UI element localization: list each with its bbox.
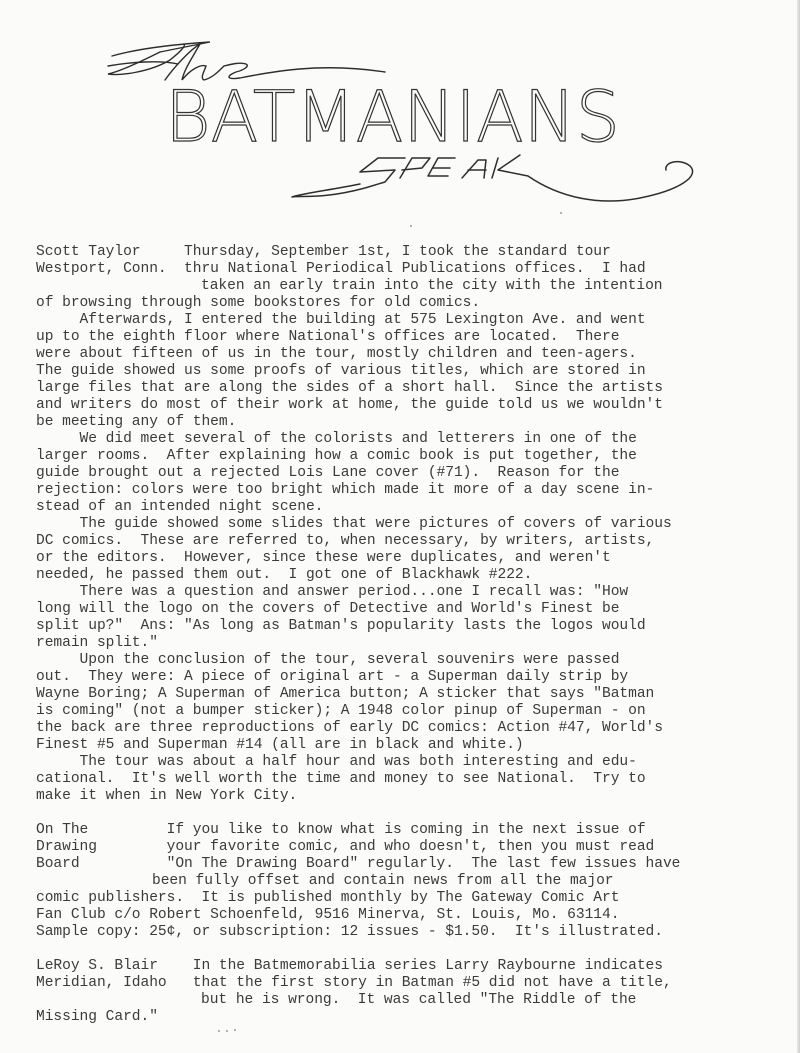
text-line: comic publishers. It is published monthl… [36,890,619,907]
text-line: larger rooms. After explaining how a com… [36,448,637,465]
text-line: Fan Club c/o Robert Schoenfeld, 9516 Min… [36,907,619,924]
masthead-speak [292,155,693,201]
text-line: make it when in New York City. [36,788,297,805]
text-line: Drawing your favorite comic, and who doe… [36,839,654,856]
text-line: Westport, Conn. thru National Periodical… [36,261,646,278]
text-line: Meridian, Idaho that the first story in … [36,975,672,992]
text-line: needed, he passed them out. I got one of… [36,567,532,584]
paper-speckle [218,1030,220,1032]
text-line: stead of an intended night scene. [36,499,323,516]
text-line: and writers do most of their work at hom… [36,397,663,414]
text-line: Scott Taylor Thursday, September 1st, I … [36,244,611,261]
text-line: out. They were: A piece of original art … [36,669,628,686]
text-line: taken an early train into the city with … [201,278,663,295]
masthead-script-the [108,42,385,80]
paper-speckle [226,1030,228,1032]
text-line: Missing Card." [36,1009,158,1026]
text-line: On The If you like to know what is comin… [36,822,646,839]
text-line: Board "On The Drawing Board" regularly. … [36,856,680,873]
text-line: The guide showed us some proofs of vario… [36,363,646,380]
text-line: of browsing through some bookstores for … [36,295,480,312]
text-line: were about fifteen of us in the tour, mo… [36,346,637,363]
text-line: Sample copy: 25¢, or subscription: 12 is… [36,924,663,941]
text-line: We did meet several of the colorists and… [36,431,637,448]
text-line: been fully offset and contain news from … [152,873,614,890]
text-line: the back are three reproductions of earl… [36,720,663,737]
text-line: DC comics. These are referred to, when n… [36,533,654,550]
text-line: LeRoy S. Blair In the Batmemorabilia ser… [36,958,663,975]
text-line: split up?" Ans: "As long as Batman's pop… [36,618,646,635]
text-line: or the editors. However, since these wer… [36,550,611,567]
document-page: BATMANIANS Scott Taylor Thursday, Septem… [0,0,800,1053]
text-line: be meeting any of them. [36,414,236,431]
text-line: is coming" (not a bumper sticker); A 194… [36,703,646,720]
text-line: remain split." [36,635,158,652]
text-line: Finest #5 and Superman #14 (all are in b… [36,737,524,754]
text-line: up to the eighth floor where National's … [36,329,619,346]
text-line: cational. It's well worth the time and m… [36,771,646,788]
text-line: Upon the conclusion of the tour, several… [36,652,619,669]
paper-speckle [234,1029,236,1031]
text-line: The tour was about a half hour and was b… [36,754,637,771]
masthead: BATMANIANS [0,0,800,230]
text-line: guide brought out a rejected Lois Lane c… [36,465,619,482]
text-line: Afterwards, I entered the building at 57… [36,312,646,329]
masthead-title: BATMANIANS [165,76,620,158]
text-line: Wayne Boring; A Superman of America butt… [36,686,654,703]
masthead-logo: BATMANIANS [0,0,800,230]
text-line: rejection: colors were too bright which … [36,482,654,499]
text-line: large files that are along the sides of … [36,380,663,397]
text-line: There was a question and answer period..… [36,584,628,601]
paper-speckle [410,225,412,227]
paper-speckle [560,212,562,214]
text-line: long will the logo on the covers of Dete… [36,601,619,618]
text-line: The guide showed some slides that were p… [36,516,672,533]
text-line: but he is wrong. It was called "The Ridd… [201,992,636,1009]
